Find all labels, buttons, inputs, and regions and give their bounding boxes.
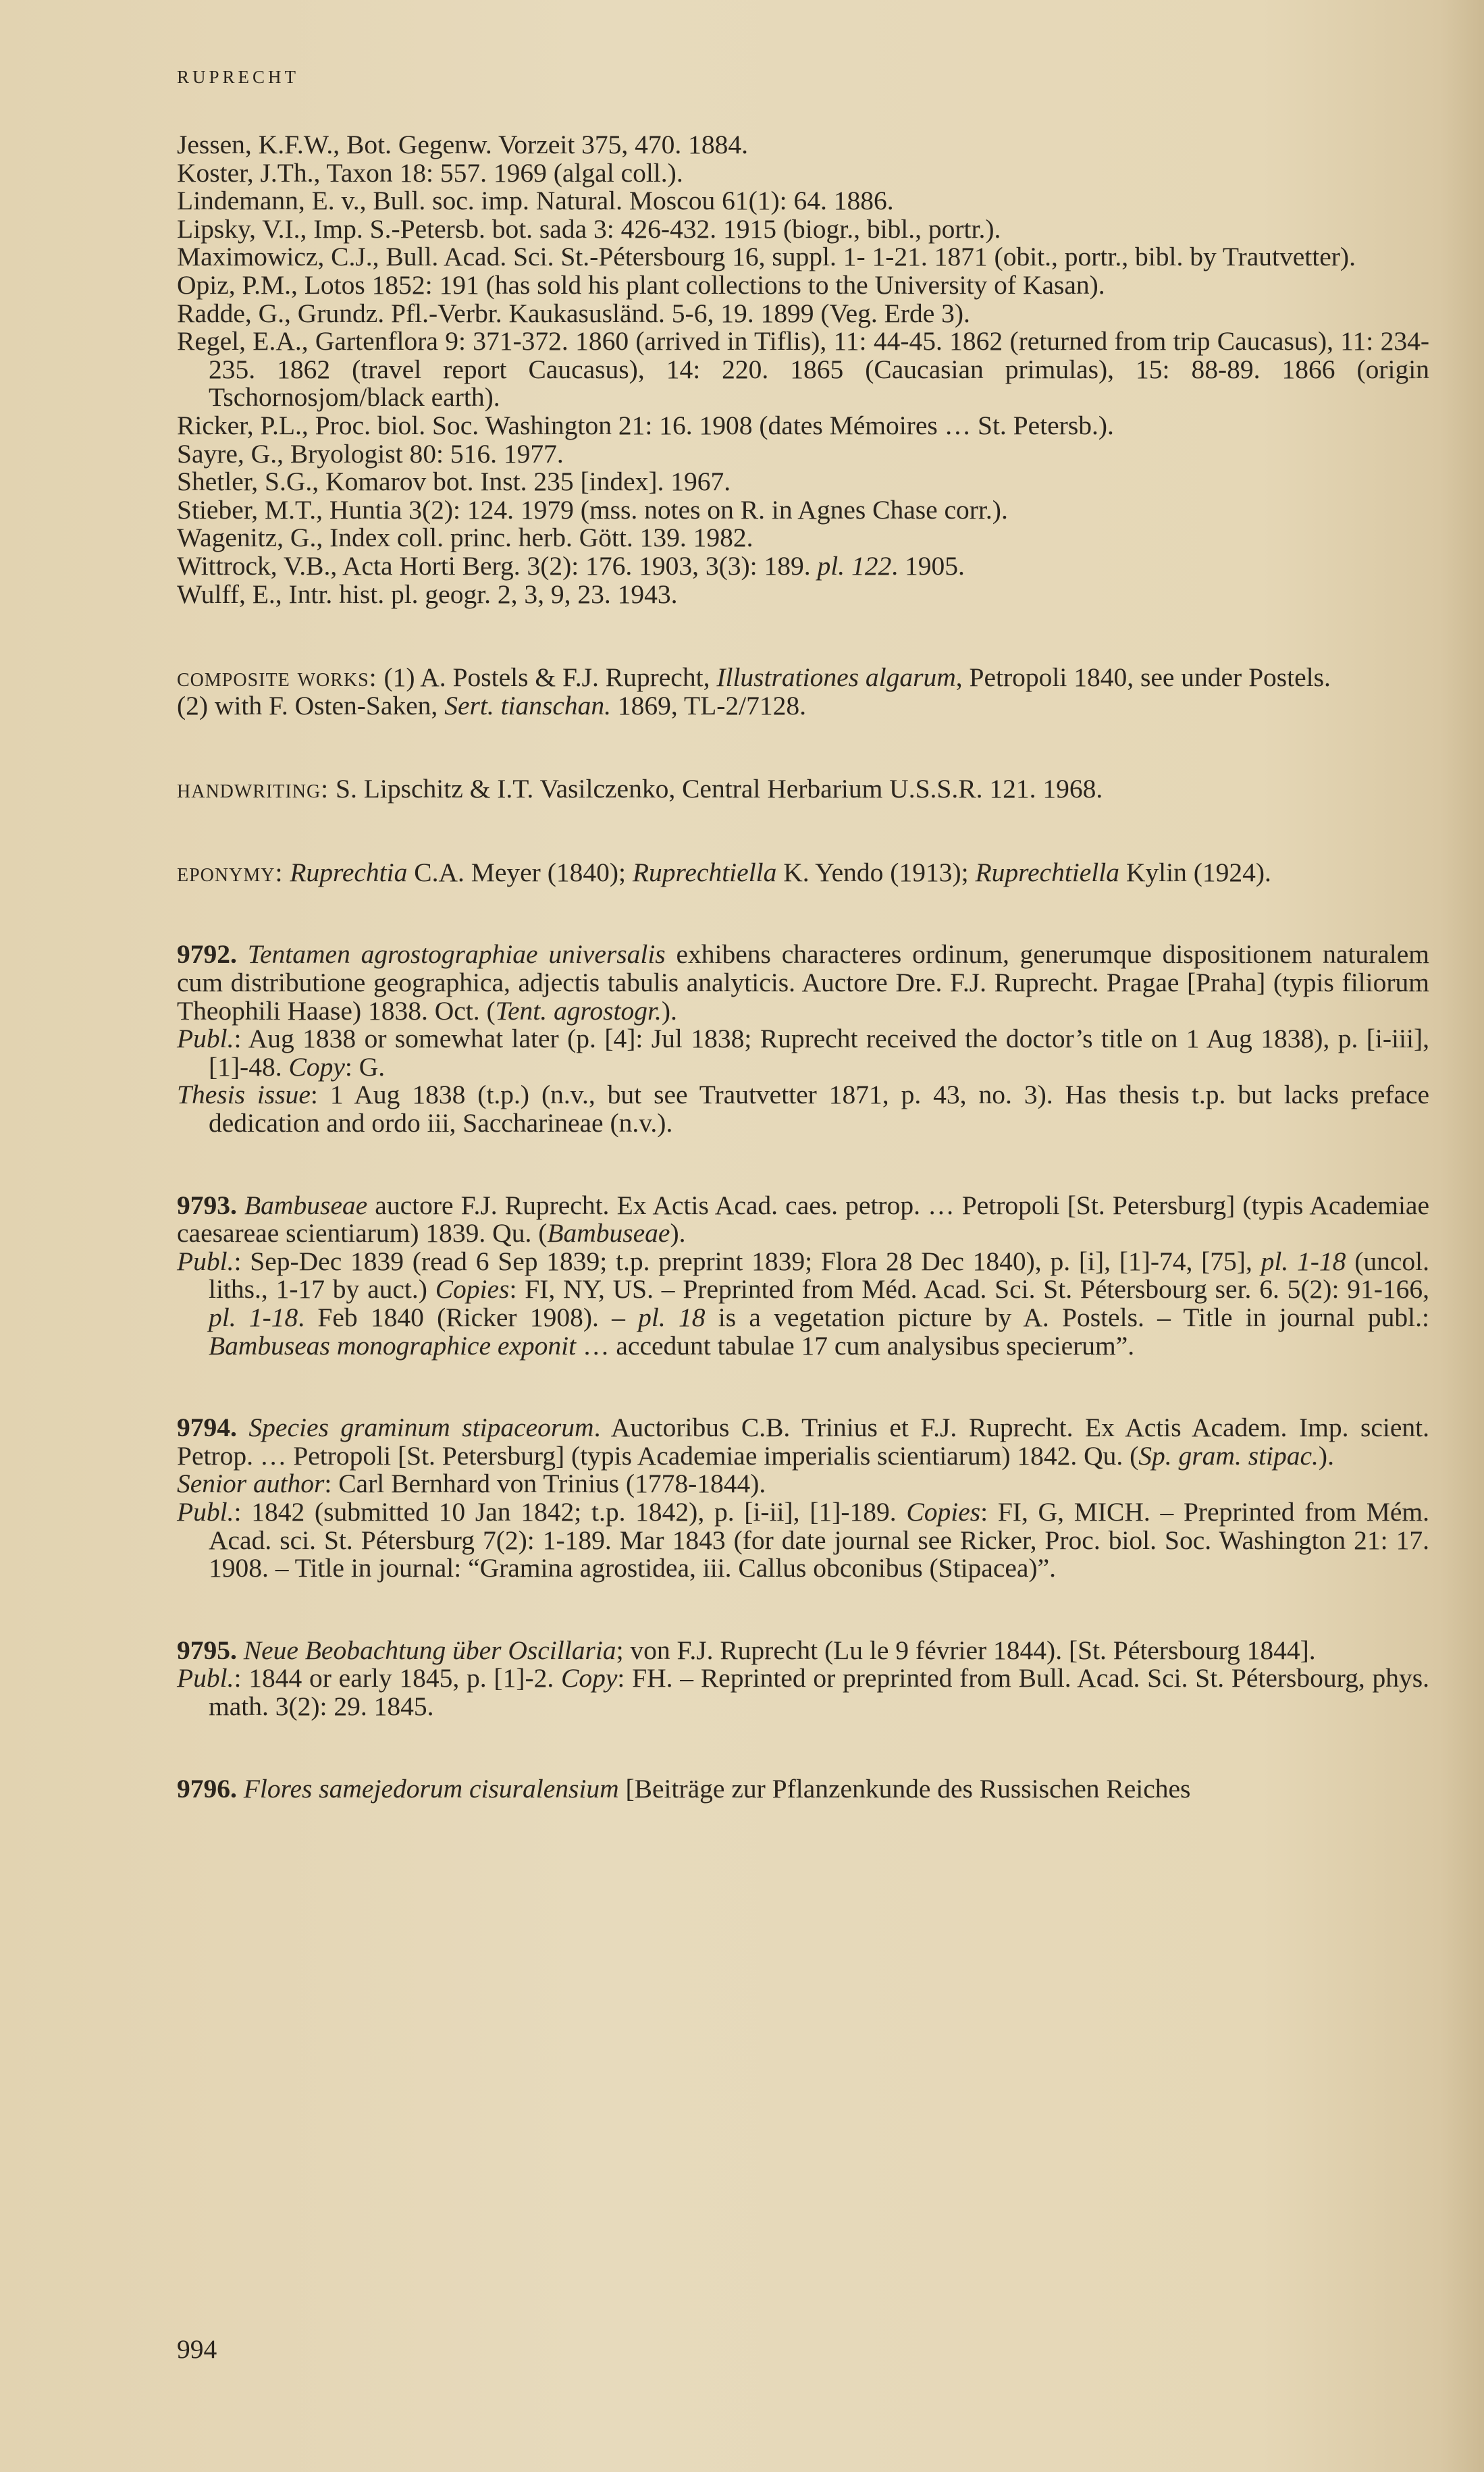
- page-number: 994: [177, 2335, 217, 2363]
- reference-item: Maximowicz, C.J., Bull. Acad. Sci. St.-P…: [177, 243, 1429, 271]
- reference-item: Wittrock, V.B., Acta Horti Berg. 3(2): 1…: [177, 552, 1429, 581]
- entry-number: 9796.: [177, 1774, 237, 1804]
- entry-number: 9793.: [177, 1190, 237, 1220]
- reference-item: Lipsky, V.I., Imp. S.-Petersb. bot. sada…: [177, 215, 1429, 244]
- reference-item: Shetler, S.G., Komarov bot. Inst. 235 [i…: [177, 468, 1429, 496]
- entry-title: Bambuseae: [244, 1190, 367, 1220]
- section-label: handwriting:: [177, 774, 329, 804]
- entry-title: Tentamen agrostographiae universalis: [248, 939, 666, 969]
- entry-9792: 9792. Tentamen agrostographiae universal…: [177, 941, 1429, 1137]
- handwriting-section: handwriting: S. Lipschitz & I.T. Vasilcz…: [177, 775, 1429, 804]
- entry-9794: 9794. Species graminum stipaceorum. Auct…: [177, 1414, 1429, 1583]
- reference-item: Regel, E.A., Gartenflora 9: 371-372. 186…: [177, 327, 1429, 412]
- section-label: composite works:: [177, 662, 377, 692]
- entry-number: 9794.: [177, 1413, 237, 1442]
- eponymy-section: eponymy: Ruprechtia C.A. Meyer (1840); R…: [177, 859, 1429, 887]
- reference-item: Wulff, E., Intr. hist. pl. geogr. 2, 3, …: [177, 581, 1429, 609]
- book-page: RUPRECHT Jessen, K.F.W., Bot. Gegenw. Vo…: [177, 65, 1429, 1803]
- entry-9796: 9796. Flores samejedorum cisuralensium […: [177, 1775, 1429, 1804]
- reference-list: Jessen, K.F.W., Bot. Gegenw. Vorzeit 375…: [177, 131, 1429, 608]
- entry-9795: 9795. Neue Beobachtung über Oscillaria; …: [177, 1637, 1429, 1721]
- entry-number: 9795.: [177, 1635, 237, 1665]
- entry-title: Species graminum stipaceorum: [248, 1413, 593, 1442]
- reference-item: Jessen, K.F.W., Bot. Gegenw. Vorzeit 375…: [177, 131, 1429, 159]
- reference-item: Koster, J.Th., Taxon 18: 557. 1969 (alga…: [177, 159, 1429, 188]
- reference-item: Sayre, G., Bryologist 80: 516. 1977.: [177, 440, 1429, 469]
- reference-item: Ricker, P.L., Proc. biol. Soc. Washingto…: [177, 412, 1429, 440]
- reference-item: Lindemann, E. v., Bull. soc. imp. Natura…: [177, 187, 1429, 215]
- entry-title: Flores samejedorum cisuralensium: [244, 1774, 619, 1804]
- reference-item: Opiz, P.M., Lotos 1852: 191 (has sold hi…: [177, 271, 1429, 300]
- composite-works-section: composite works: (1) A. Postels & F.J. R…: [177, 664, 1429, 720]
- section-label: eponymy:: [177, 858, 283, 887]
- entry-title: Neue Beobachtung über Oscillaria: [244, 1635, 616, 1665]
- reference-item: Stieber, M.T., Huntia 3(2): 124. 1979 (m…: [177, 496, 1429, 525]
- reference-item: Wagenitz, G., Index coll. princ. herb. G…: [177, 524, 1429, 552]
- running-head: RUPRECHT: [177, 65, 1429, 89]
- entry-9793: 9793. Bambuseae auctore F.J. Ruprecht. E…: [177, 1192, 1429, 1361]
- entry-number: 9792.: [177, 939, 237, 969]
- reference-item: Radde, G., Grundz. Pfl.-Verbr. Kaukasusl…: [177, 300, 1429, 328]
